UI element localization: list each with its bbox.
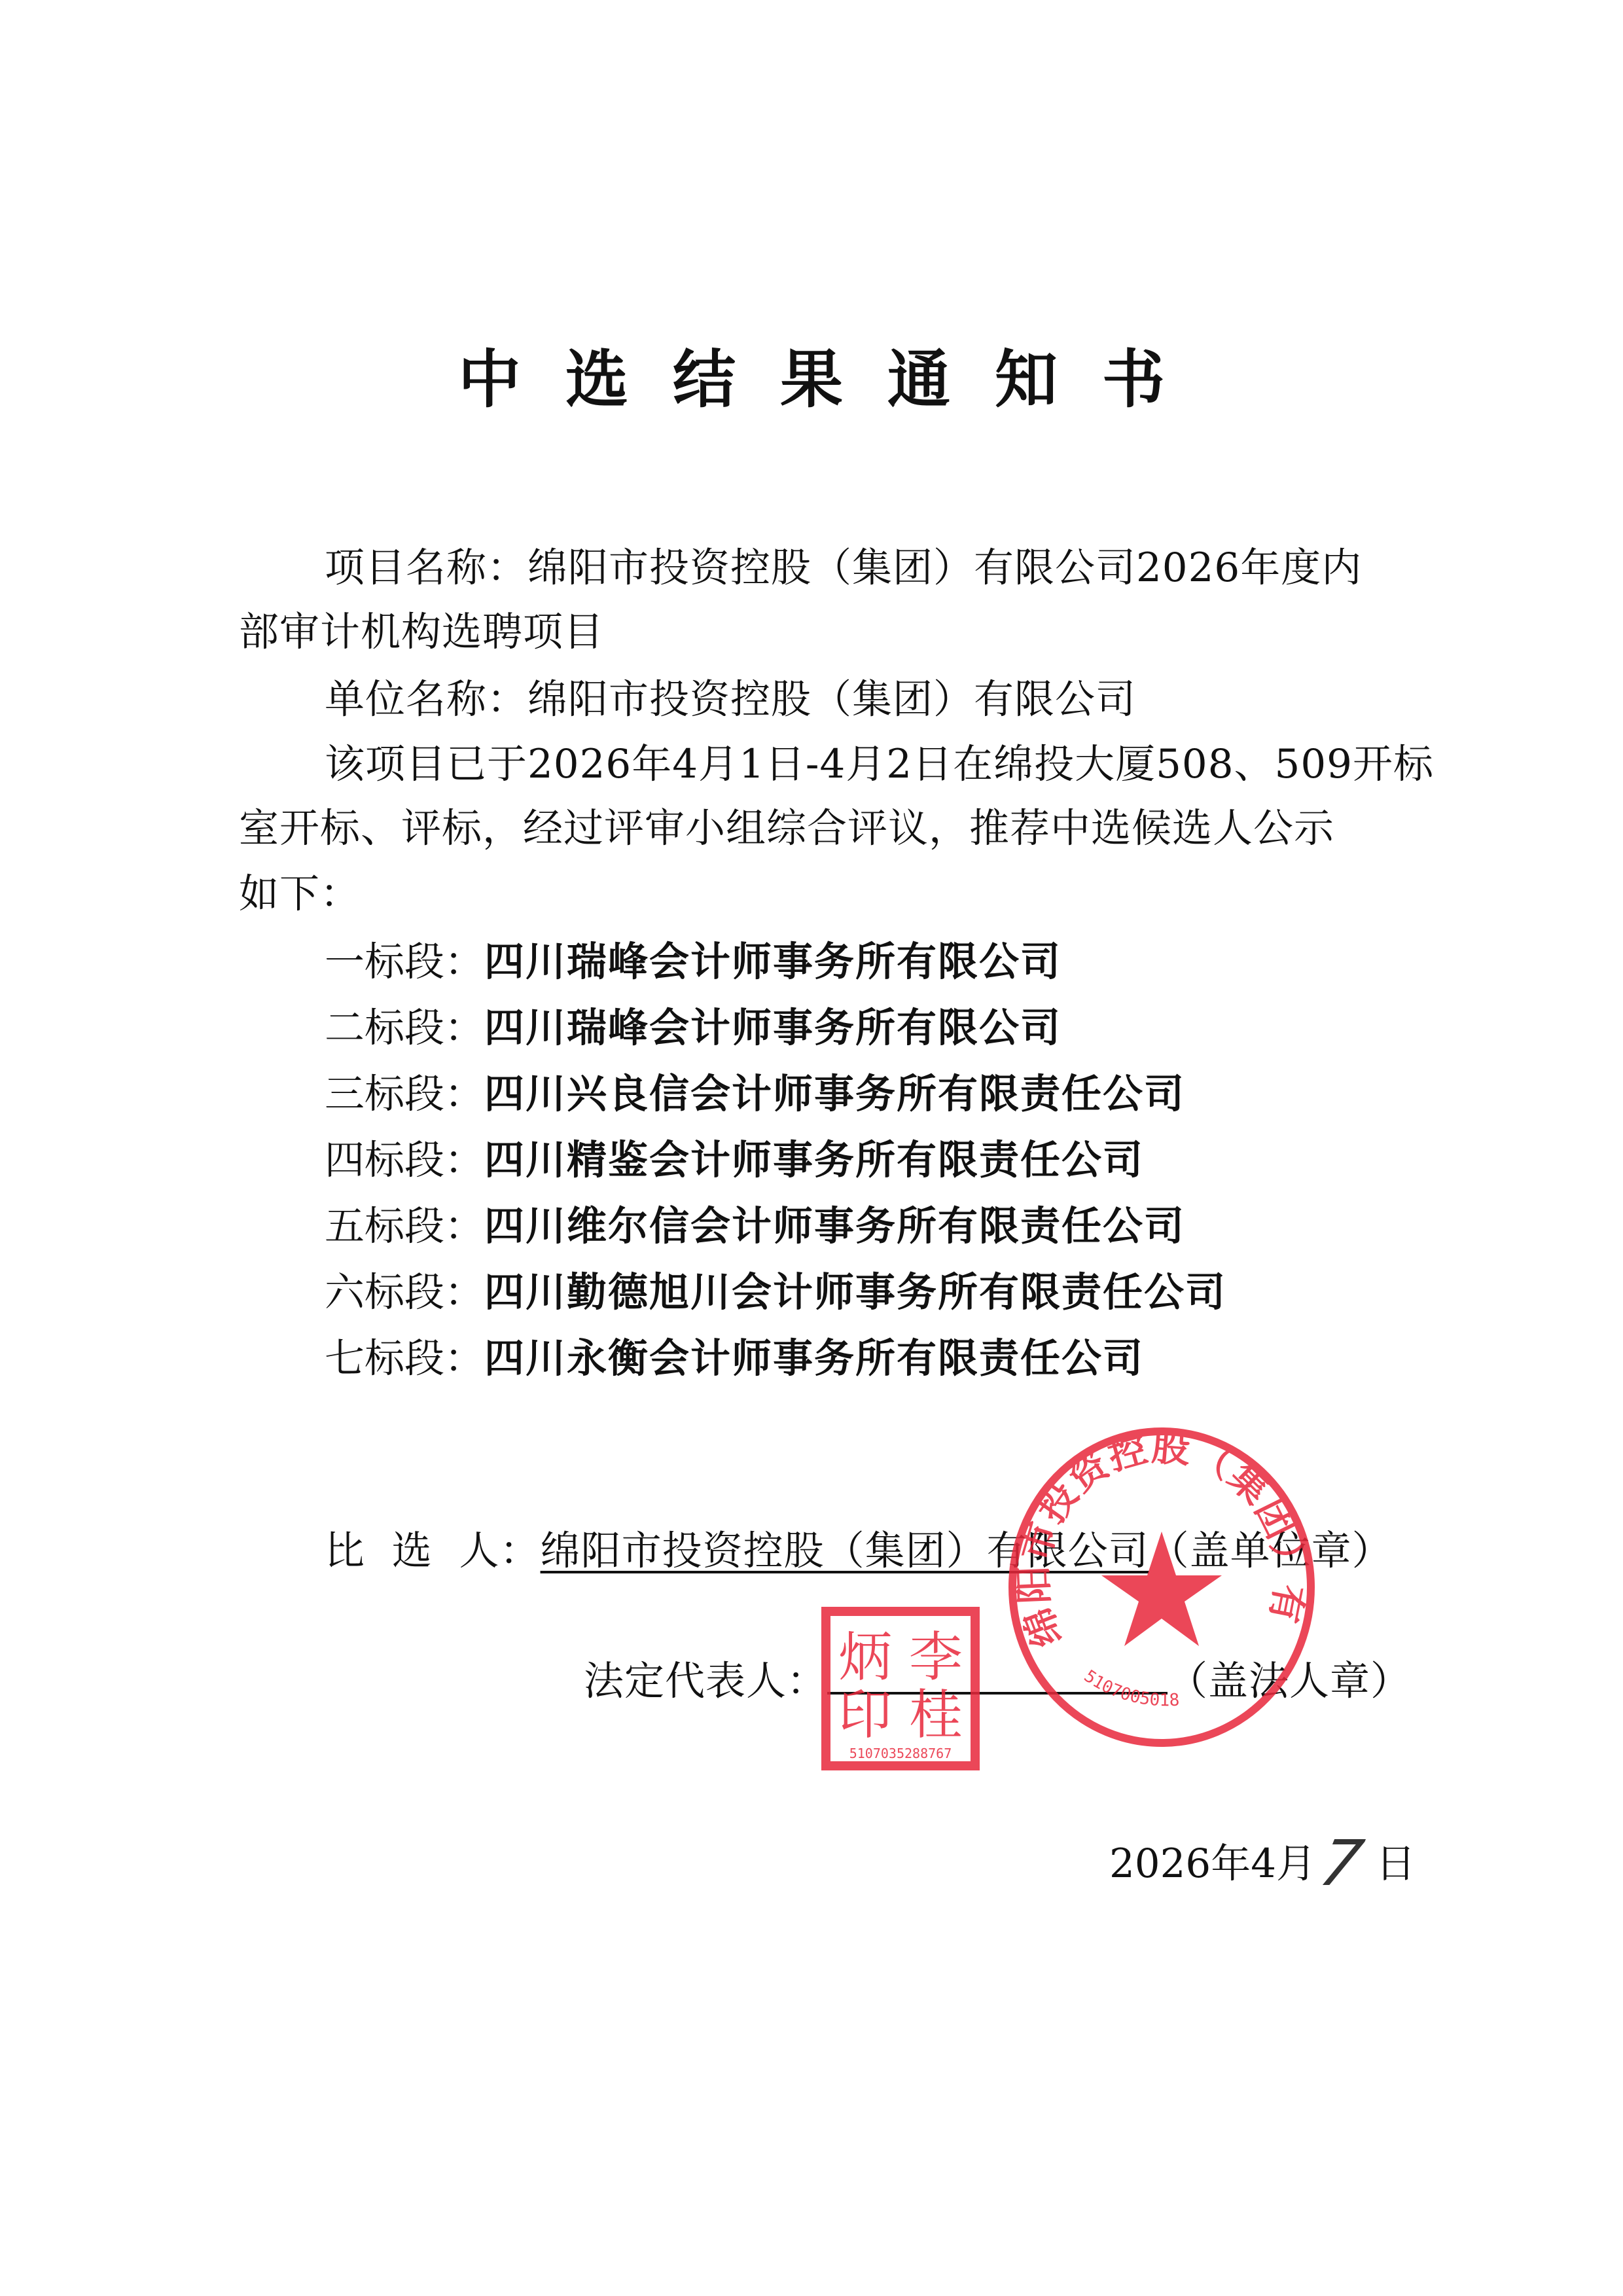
seal-code: 5107035288767 bbox=[849, 1746, 952, 1761]
lot-item-1: 一标段：四川瑞峰会计师事务所有限公司 bbox=[325, 936, 1061, 988]
lot-company: 四川勤德旭川会计师事务所有限责任公司 bbox=[484, 1269, 1226, 1316]
lot-item-6: 六标段：四川勤德旭川会计师事务所有限责任公司 bbox=[325, 1266, 1226, 1319]
document-page: 中选结果通知书 项目名称：绵阳市投资控股（集团）有限公司2026年度内 部审计机… bbox=[0, 0, 1623, 2296]
project-name-line-2: 部审计机构选聘项目 bbox=[239, 606, 604, 658]
lot-label: 六标段： bbox=[325, 1269, 484, 1316]
lot-item-5: 五标段：四川维尔信会计师事务所有限责任公司 bbox=[325, 1200, 1185, 1253]
lot-company: 四川精鉴会计师事务所有限责任公司 bbox=[484, 1137, 1144, 1183]
lot-company: 四川瑞峰会计师事务所有限公司 bbox=[484, 1005, 1061, 1051]
project-name-line-1: 项目名称：绵阳市投资控股（集团）有限公司2026年度内 bbox=[325, 542, 1362, 594]
date-day-handwritten: 7 bbox=[1316, 1837, 1367, 1890]
lot-item-4: 四标段：四川精鉴会计师事务所有限责任公司 bbox=[325, 1134, 1144, 1187]
lot-item-3: 三标段：四川兴良信会计师事务所有限责任公司 bbox=[325, 1068, 1185, 1121]
document-title: 中选结果通知书 bbox=[0, 340, 1623, 419]
lot-label: 二标段： bbox=[325, 1005, 484, 1051]
lot-item-7: 七标段：四川永衡会计师事务所有限责任公司 bbox=[325, 1333, 1144, 1385]
selector-seal-note: （盖单位章） bbox=[1149, 1528, 1393, 1574]
selector-name: 绵阳市投资控股（集团）有限公司 bbox=[541, 1528, 1149, 1574]
intro-line-3: 如下： bbox=[239, 868, 361, 920]
document-date: 2026年4月7日 bbox=[1109, 1829, 1416, 1890]
lot-item-2: 二标段：四川瑞峰会计师事务所有限公司 bbox=[325, 1002, 1061, 1054]
lot-company: 四川维尔信会计师事务所有限责任公司 bbox=[484, 1203, 1185, 1249]
lot-company: 四川兴良信会计师事务所有限责任公司 bbox=[484, 1071, 1185, 1117]
date-prefix: 2026年4月 bbox=[1109, 1840, 1316, 1887]
unit-name-line: 单位名称：绵阳市投资控股（集团）有限公司 bbox=[325, 673, 1136, 726]
selector-label: 比 选 人： bbox=[325, 1528, 541, 1574]
lot-label: 七标段： bbox=[325, 1335, 484, 1382]
legal-rep-sign-blank bbox=[827, 1653, 1168, 1695]
legal-rep-seal-note: （盖法人章） bbox=[1168, 1658, 1411, 1704]
intro-line-1: 该项目已于2026年4月1日-4月2日在绵投大厦508、509开标 bbox=[325, 738, 1434, 791]
intro-line-2: 室开标、评标，经过评审小组综合评议，推荐中选候选人公示 bbox=[239, 802, 1334, 855]
date-suffix: 日 bbox=[1376, 1840, 1416, 1887]
legal-rep-label: 法定代表人： bbox=[584, 1658, 827, 1704]
selector-signature-line: 比 选 人：绵阳市投资控股（集团）有限公司（盖单位章） bbox=[325, 1525, 1393, 1577]
lot-label: 四标段： bbox=[325, 1137, 484, 1183]
legal-rep-signature-line: 法定代表人：（盖法人章） bbox=[584, 1653, 1411, 1708]
lot-label: 三标段： bbox=[325, 1071, 484, 1117]
lot-company: 四川永衡会计师事务所有限责任公司 bbox=[484, 1335, 1144, 1382]
lot-label: 一标段： bbox=[325, 939, 484, 985]
lot-label: 五标段： bbox=[325, 1203, 484, 1249]
lot-company: 四川瑞峰会计师事务所有限公司 bbox=[484, 939, 1061, 985]
